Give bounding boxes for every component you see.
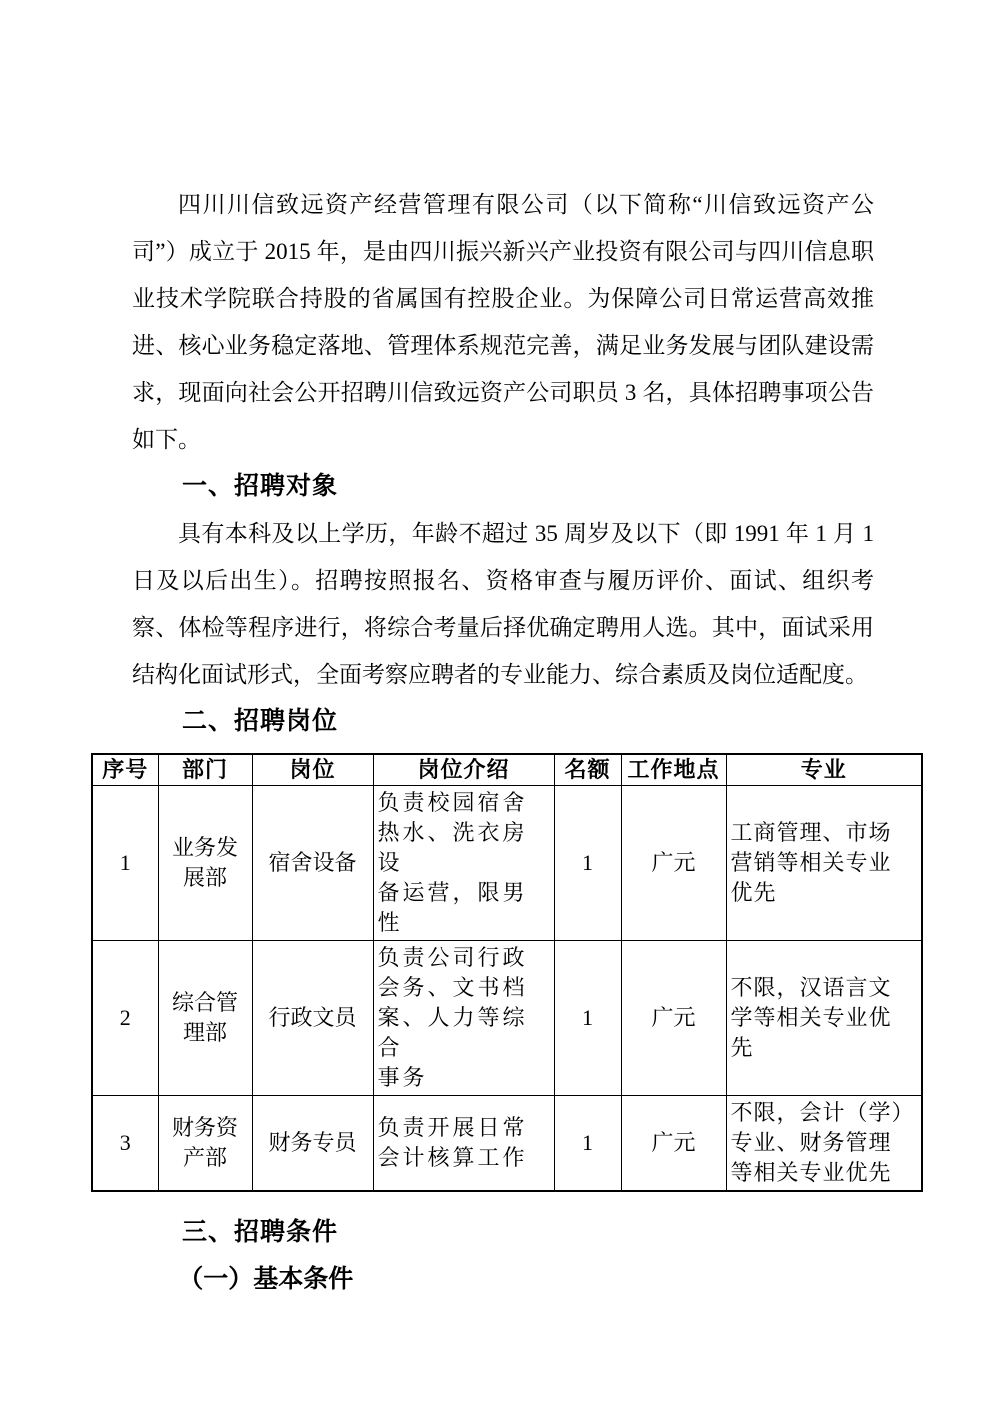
cell-duties: 负责校园宿舍 热水、洗衣房设 备运营，限男性 — [373, 786, 554, 941]
col-header-department: 部门 — [158, 754, 252, 786]
cell-quota: 1 — [554, 1096, 621, 1192]
table-row: 2 综合管 理部 行政文员 负责公司行政 会务、文书档 案、人力等综合 事务 1… — [92, 941, 922, 1096]
cell-location: 广元 — [621, 941, 726, 1096]
cell-department: 综合管 理部 — [158, 941, 252, 1096]
cell-quota: 1 — [554, 941, 621, 1096]
cell-position: 行政文员 — [252, 941, 373, 1096]
cell-department: 财务资 产部 — [158, 1096, 252, 1192]
cell-major: 不限，汉语言文 学等相关专业优 先 — [726, 941, 922, 1096]
cell-major: 不限，会计（学） 专业、财务管理 等相关专业优先 — [726, 1096, 922, 1192]
cell-location: 广元 — [621, 1096, 726, 1192]
cell-department: 业务发 展部 — [158, 786, 252, 941]
cell-position: 财务专员 — [252, 1096, 373, 1192]
cell-quota: 1 — [554, 786, 621, 941]
col-header-quota: 名额 — [554, 754, 621, 786]
cell-seq: 3 — [92, 1096, 158, 1192]
col-header-duties: 岗位介绍 — [373, 754, 554, 786]
heading-basic-conditions: （一）基本条件 — [132, 1256, 874, 1303]
table-row: 1 业务发 展部 宿舍设备 负责校园宿舍 热水、洗衣房设 备运营，限男性 1 广… — [92, 786, 922, 941]
positions-table: 序号 部门 岗位 岗位介绍 名额 工作地点 专业 1 业务发 展部 宿舍设备 负… — [91, 753, 923, 1192]
cell-duties: 负责开展日常 会计核算工作 — [373, 1096, 554, 1192]
col-header-position: 岗位 — [252, 754, 373, 786]
heading-recruitment-positions: 二、招聘岗位 — [132, 698, 874, 745]
heading-recruitment-target: 一、招聘对象 — [132, 463, 874, 510]
cell-position: 宿舍设备 — [252, 786, 373, 941]
col-header-seq: 序号 — [92, 754, 158, 786]
col-header-location: 工作地点 — [621, 754, 726, 786]
table-row: 3 财务资 产部 财务专员 负责开展日常 会计核算工作 1 广元 不限，会计（学… — [92, 1096, 922, 1192]
cell-location: 广元 — [621, 786, 726, 941]
intro-paragraph: 四川川信致远资产经营管理有限公司（以下简称“川信致远资产公司”）成立于 2015… — [132, 181, 874, 463]
cell-duties: 负责公司行政 会务、文书档 案、人力等综合 事务 — [373, 941, 554, 1096]
col-header-major: 专业 — [726, 754, 922, 786]
recruitment-target-paragraph: 具有本科及以上学历，年龄不超过 35 周岁及以下（即 1991 年 1 月 1 … — [132, 510, 874, 698]
cell-seq: 2 — [92, 941, 158, 1096]
document-page: 四川川信致远资产经营管理有限公司（以下简称“川信致远资产公司”）成立于 2015… — [0, 0, 992, 1403]
table-header-row: 序号 部门 岗位 岗位介绍 名额 工作地点 专业 — [92, 754, 922, 786]
heading-recruitment-conditions: 三、招聘条件 — [132, 1209, 874, 1256]
cell-major: 工商管理、市场 营销等相关专业 优先 — [726, 786, 922, 941]
cell-seq: 1 — [92, 786, 158, 941]
